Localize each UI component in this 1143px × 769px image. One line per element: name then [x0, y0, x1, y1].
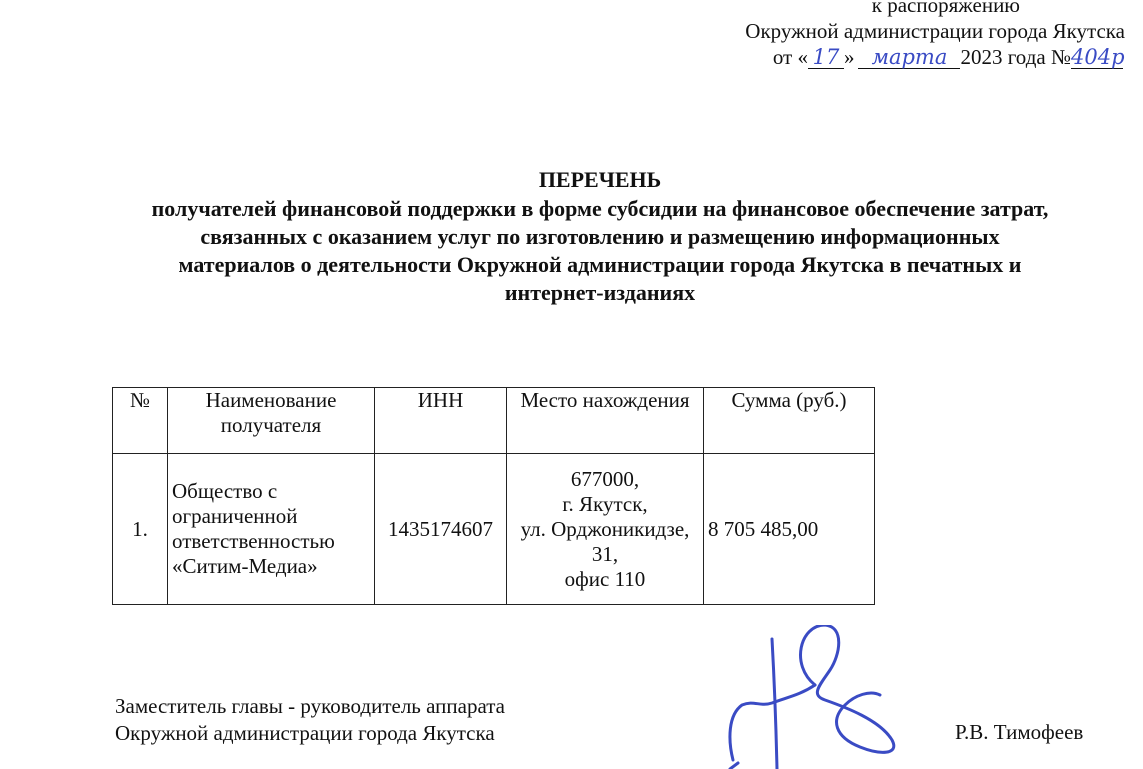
handwritten-order-number: 404р	[1071, 46, 1123, 69]
recipients-table: № Наименование получателя ИНН Место нахо…	[112, 387, 875, 605]
order-reference: к распоряжению Окружной администрации го…	[745, 0, 1125, 70]
order-reference-line2: Окружной администрации города Якутска	[745, 18, 1125, 44]
document-title: ПЕРЕЧЕНЬ получателей финансовой поддержк…	[150, 166, 1050, 307]
column-header-address: Место нахождения	[507, 388, 704, 454]
cell-name: Общество с ограниченной ответственностью…	[168, 454, 375, 605]
position-line1: Заместитель главы - руководитель аппарат…	[115, 693, 505, 720]
table-row: 1. Общество с ограниченной ответственнос…	[113, 454, 875, 605]
address-line: ул. Орджоникидзе,	[511, 517, 699, 542]
date-mid: »	[844, 45, 855, 69]
table-header-row: № Наименование получателя ИНН Место нахо…	[113, 388, 875, 454]
order-date-line: от «17»марта2023 года №404р	[745, 44, 1123, 70]
address-line: 31,	[511, 542, 699, 567]
position-line2: Окружной администрации города Якутска	[115, 720, 505, 747]
cell-address: 677000, г. Якутск, ул. Орджоникидзе, 31,…	[507, 454, 704, 605]
column-header-number: №	[113, 388, 168, 454]
name-line: ответственностью	[172, 529, 370, 554]
order-reference-line1: к распоряжению	[745, 0, 1020, 18]
column-header-name: Наименование получателя	[168, 388, 375, 454]
signatory-position: Заместитель главы - руководитель аппарат…	[115, 693, 505, 747]
signatory-name: Р.В. Тимофеев	[955, 720, 1083, 745]
cell-number: 1.	[113, 454, 168, 605]
handwritten-day: 17	[808, 46, 844, 69]
date-year: 2023 года №	[960, 45, 1071, 69]
handwritten-month: марта	[858, 46, 960, 69]
handwritten-signature-icon	[720, 625, 910, 769]
column-header-inn: ИНН	[375, 388, 507, 454]
address-line: 677000,	[511, 467, 699, 492]
title-subtitle: получателей финансовой поддержки в форме…	[150, 195, 1050, 307]
name-line: Общество с	[172, 479, 370, 504]
date-prefix: от «	[773, 45, 808, 69]
name-line: ограниченной	[172, 504, 370, 529]
cell-inn: 1435174607	[375, 454, 507, 605]
address-line: офис 110	[511, 567, 699, 592]
name-line: «Ситим-Медиа»	[172, 554, 370, 579]
title-heading: ПЕРЕЧЕНЬ	[150, 166, 1050, 194]
cell-sum: 8 705 485,00	[704, 454, 875, 605]
address-line: г. Якутск,	[511, 492, 699, 517]
column-header-sum: Сумма (руб.)	[704, 388, 875, 454]
